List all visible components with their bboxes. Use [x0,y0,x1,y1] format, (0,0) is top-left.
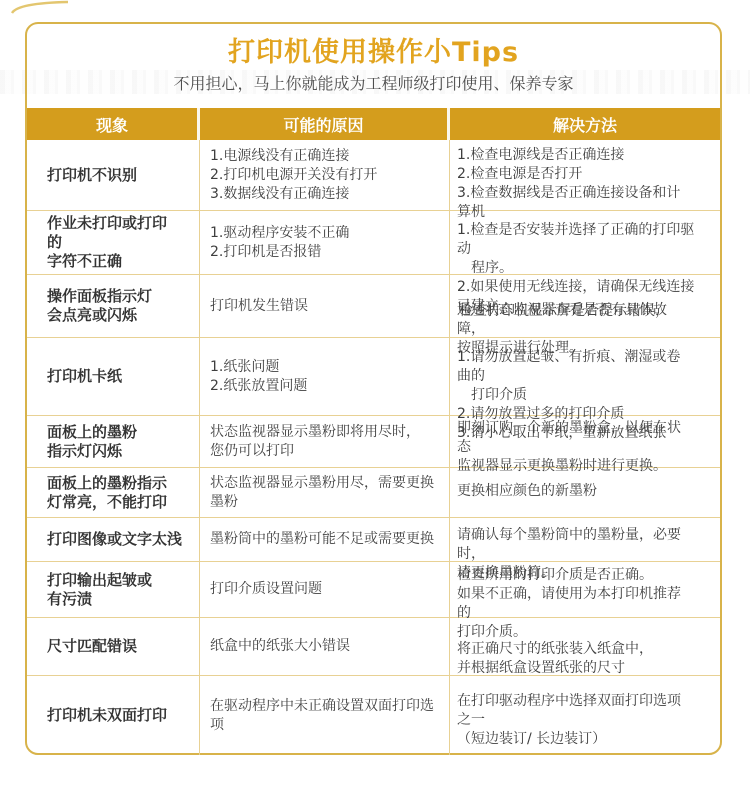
phenomenon-cell: 尺寸匹配错误 [27,618,200,675]
cell-line: 墨粉筒中的墨粉可能不足或需要更换 [210,530,449,549]
cell-line: 打印输出起皱或 [47,571,199,590]
header-phenomenon: 现象 [27,108,200,140]
cell-line: 打印图像或文字太浅 [47,530,199,549]
solutions-cell: 即刻订购一个新的墨粉盒，以便在状态监视器显示更换墨粉时进行更换。 [450,416,720,467]
cell-line: 墨粉 [210,493,449,512]
cell-line: 纸盒中的纸张大小错误 [210,637,449,656]
solutions-cell: 1.检查电源线是否正确连接2.检查电源是否打开3.检查数据线是否正确连接设备和计… [450,140,720,210]
phenomenon-cell: 打印图像或文字太浅 [27,518,200,561]
cell-line: 面板上的墨粉 [47,423,199,442]
cell-line: 1.检查是否安装并选择了正确的打印驱 [457,221,720,240]
cell-line: 打印机发生错误 [210,297,449,316]
phenomenon-cell: 面板上的墨粉指示灯闪烁 [27,416,200,467]
cell-line: 灯常亮，不能打印 [47,493,199,512]
cell-line: 态 [457,438,720,457]
table-row: 打印机卡纸1.纸张问题2.纸张放置问题1.请勿放置起皱、有折痕、潮湿或卷曲的 打… [27,337,720,415]
causes-cell: 在驱动程序中未正确设置双面打印选项 [200,676,450,755]
cell-line: 状态监视器显示墨粉即将用尽时， [210,423,449,442]
cell-line: 之一 [457,711,720,730]
cell-line: 作业未打印或打印 [47,214,199,233]
table-row: 打印图像或文字太浅墨粉筒中的墨粉可能不足或需要更换请确认每个墨粉筒中的墨粉量，必… [27,517,720,561]
tips-card: 打印机使用操作小Tips 不用担心，马上你就能成为工程师级打印使用、保养专家 现… [25,22,722,755]
cell-line: 2.检查电源是否打开 [457,165,720,184]
cell-line: 检查所用的打印介质是否正确。 [457,566,720,585]
cell-line: 2.打印机电源开关没有打开 [210,166,449,185]
header-possible-causes: 可能的原因 [200,108,450,140]
cell-line: 1.电源线没有正确连接 [210,147,449,166]
cell-line: 会点亮或闪烁 [47,306,199,325]
phenomenon-cell: 打印机未双面打印 [27,676,200,755]
table-row: 面板上的墨粉指示灯闪烁状态监视器显示墨粉即将用尽时，您仍可以打印即刻订购一个新的… [27,415,720,467]
cell-line: 打印机未双面打印 [47,706,199,725]
causes-cell: 状态监视器显示墨粉用尽，需要更换墨粉 [200,468,450,517]
cell-line: 的 [47,233,199,252]
cell-line: 障， [457,320,720,339]
cell-line: 2.打印机是否报错 [210,243,449,262]
cell-line: 动 [457,240,720,259]
causes-cell: 1.驱动程序安装不正确2.打印机是否报错 [200,211,450,274]
tips-table: 现象 可能的原因 解决方法 打印机不识别1.电源线没有正确连接2.打印机电源开关… [27,108,720,755]
page-subtitle: 不用担心，马上你就能成为工程师级打印使用、保养专家 [27,74,720,94]
cell-line: 指示灯闪烁 [47,442,199,461]
causes-cell: 打印机发生错误 [200,275,450,337]
solutions-cell: 1.请勿放置起皱、有折痕、潮湿或卷曲的 打印介质2.请勿放置过多的打印介质3.请… [450,338,720,415]
cell-line: 打印介质 [457,386,720,405]
cell-line: （短边装订/ 长边装订） [457,730,720,749]
page: 打印机使用操作小Tips 不用担心，马上你就能成为工程师级打印使用、保养专家 现… [0,0,750,795]
page-title: 打印机使用操作小Tips [27,37,720,69]
solutions-cell: 更换相应颜色的新墨粉 [450,468,720,517]
cell-line: 操作面板指示灯 [47,287,199,306]
phenomenon-cell: 打印机卡纸 [27,338,200,415]
decorative-corner-arc [2,0,72,14]
solutions-cell: 通过状态监视器查看是否有具体故检查打印机显示屏是否提示错误，障，按照提示进行处理… [450,275,720,337]
table-row: 打印输出起皱或有污渍打印介质设置问题检查所用的打印介质是否正确。如果不正确，请使… [27,561,720,617]
cell-line: 1.检查电源线是否正确连接 [457,146,720,165]
cell-line: 状态监视器显示墨粉用尽，需要更换 [210,474,449,493]
causes-cell: 纸盒中的纸张大小错误 [200,618,450,675]
cell-line: 1.纸张问题 [210,358,449,377]
causes-cell: 1.电源线没有正确连接2.打印机电源开关没有打开3.数据线没有正确连接 [200,140,450,210]
causes-cell: 墨粉筒中的墨粉可能不足或需要更换 [200,518,450,561]
garbled-overlap-line: 通过状态监视器查看是否有具体故检查打印机显示屏是否提示错误， [457,301,720,320]
cell-line: 请确认每个墨粉筒中的墨粉量，必要 [457,526,720,545]
solutions-cell: 在打印驱动程序中选择双面打印选项之一（短边装订/ 长边装订） [450,676,720,755]
cell-line: 即刻订购一个新的墨粉盒，以便在状 [457,419,720,438]
table-body: 打印机不识别1.电源线没有正确连接2.打印机电源开关没有打开3.数据线没有正确连… [27,140,720,755]
table-row: 面板上的墨粉指示灯常亮，不能打印状态监视器显示墨粉用尽，需要更换墨粉更换相应颜色… [27,467,720,517]
cell-line: 您仍可以打印 [210,442,449,461]
table-row: 打印机未双面打印在驱动程序中未正确设置双面打印选项在打印驱动程序中选择双面打印选… [27,675,720,755]
phenomenon-cell: 面板上的墨粉指示灯常亮，不能打印 [27,468,200,517]
solutions-cell: 将正确尺寸的纸张装入纸盒中，并根据纸盒设置纸张的尺寸 [450,618,720,675]
cell-line: 1.请勿放置起皱、有折痕、潮湿或卷 [457,348,720,367]
header-solutions: 解决方法 [450,108,720,140]
cell-line: 字符不正确 [47,252,199,271]
cell-line: 更换相应颜色的新墨粉 [457,482,720,501]
garbled-overlap-text: 检查打印机显示屏是否提示错误， [459,302,669,321]
cell-line: 打印机卡纸 [47,367,199,386]
cell-line: 在驱动程序中未正确设置双面打印选 [210,697,449,716]
cell-line: 将正确尺寸的纸张装入纸盒中， [457,640,720,659]
cell-line: 3.检查数据线是否正确连接设备和计 [457,184,720,203]
cell-line: 如果不正确，请使用为本打印机推荐 [457,585,720,604]
cell-line: 在打印驱动程序中选择双面打印选项 [457,692,720,711]
cell-line: 1.驱动程序安装不正确 [210,224,449,243]
causes-cell: 1.纸张问题2.纸张放置问题 [200,338,450,415]
cell-line: 面板上的墨粉指示 [47,474,199,493]
cell-line: 打印介质设置问题 [210,580,449,599]
cell-line: 尺寸匹配错误 [47,637,199,656]
table-row: 作业未打印或打印的字符不正确1.驱动程序安装不正确2.打印机是否报错1.检查是否… [27,210,720,274]
solutions-cell: 检查所用的打印介质是否正确。如果不正确，请使用为本打印机推荐的打印介质。 [450,562,720,617]
causes-cell: 打印介质设置问题 [200,562,450,617]
causes-cell: 状态监视器显示墨粉即将用尽时，您仍可以打印 [200,416,450,467]
phenomenon-cell: 操作面板指示灯会点亮或闪烁 [27,275,200,337]
table-row: 打印机不识别1.电源线没有正确连接2.打印机电源开关没有打开3.数据线没有正确连… [27,140,720,210]
phenomenon-cell: 打印机不识别 [27,140,200,210]
table-row: 尺寸匹配错误纸盒中的纸张大小错误将正确尺寸的纸张装入纸盒中，并根据纸盒设置纸张的… [27,617,720,675]
cell-line: 项 [210,716,449,735]
table-row: 操作面板指示灯会点亮或闪烁打印机发生错误通过状态监视器查看是否有具体故检查打印机… [27,274,720,337]
cell-line: 曲的 [457,367,720,386]
solutions-cell: 1.检查是否安装并选择了正确的打印驱动 程序。2.如果使用无线连接，请确保无线连… [450,211,720,274]
cell-line: 有污渍 [47,590,199,609]
phenomenon-cell: 作业未打印或打印的字符不正确 [27,211,200,274]
table-header-row: 现象 可能的原因 解决方法 [27,108,720,140]
phenomenon-cell: 打印输出起皱或有污渍 [27,562,200,617]
solutions-cell: 请确认每个墨粉筒中的墨粉量，必要时，请更换墨粉筒。 [450,518,720,561]
cell-line: 2.纸张放置问题 [210,377,449,396]
cell-line: 3.数据线没有正确连接 [210,185,449,204]
cell-line: 打印机不识别 [47,166,199,185]
